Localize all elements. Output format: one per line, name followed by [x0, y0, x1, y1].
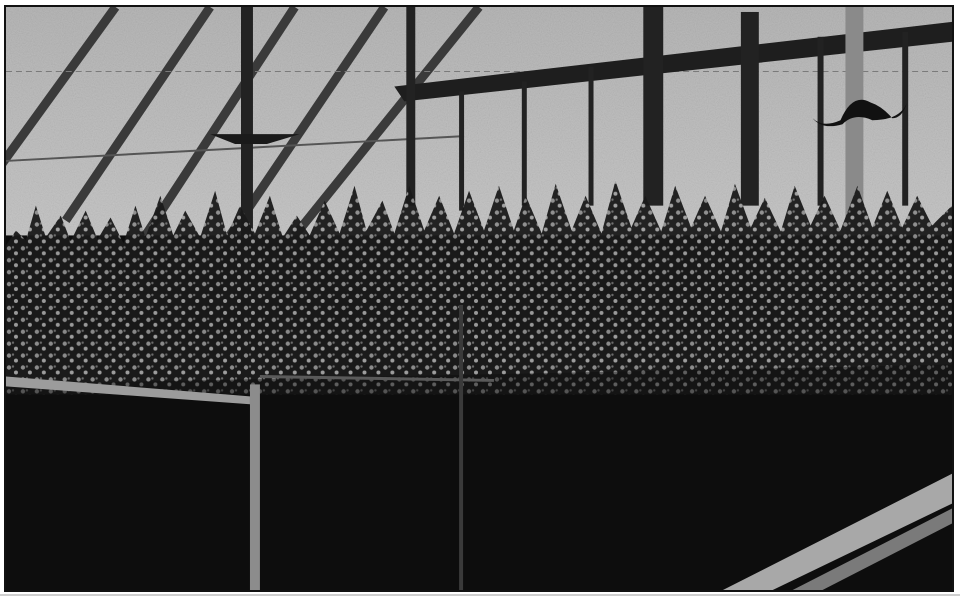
- print-edge: [0, 594, 960, 596]
- greenhouse-photo: [6, 7, 952, 590]
- photograph-frame: [4, 5, 954, 592]
